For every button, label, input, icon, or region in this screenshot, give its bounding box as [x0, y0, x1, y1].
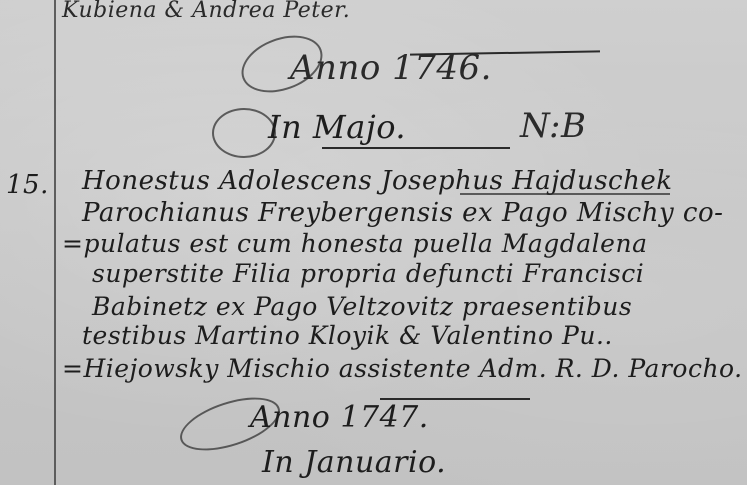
next-section-year: Anno 1747.	[250, 400, 429, 435]
entry-line: superstite Filia propria defuncti Franci…	[92, 259, 644, 288]
entry-line: testibus Martino Kloyik & Valentino Pu..	[82, 321, 613, 350]
entry-line: =pulatus est cum honesta puella Magdalen…	[62, 229, 647, 258]
margin-rule	[54, 0, 56, 485]
name-underline	[460, 193, 670, 195]
section-month-heading: In Majo.	[268, 108, 406, 146]
year-underline	[380, 398, 530, 400]
continuation-line: Kubiena & Andrea Peter.	[62, 0, 350, 23]
nota-bene-mark: N:B	[520, 106, 586, 146]
month-underline	[322, 147, 510, 149]
entry-number: 15.	[6, 170, 49, 200]
next-section-month: In Januario.	[262, 445, 446, 480]
entry-line: Parochianus Freybergensis ex Pago Mischy…	[82, 198, 723, 228]
entry-line: Babinetz ex Pago Veltzovitz praesentibus	[92, 292, 632, 321]
entry-line: =Hiejowsky Mischio assistente Adm. R. D.…	[62, 354, 743, 383]
entry-line: Honestus Adolescens Josephus Hajduschek	[82, 166, 672, 196]
flourish-ornament	[212, 108, 276, 158]
